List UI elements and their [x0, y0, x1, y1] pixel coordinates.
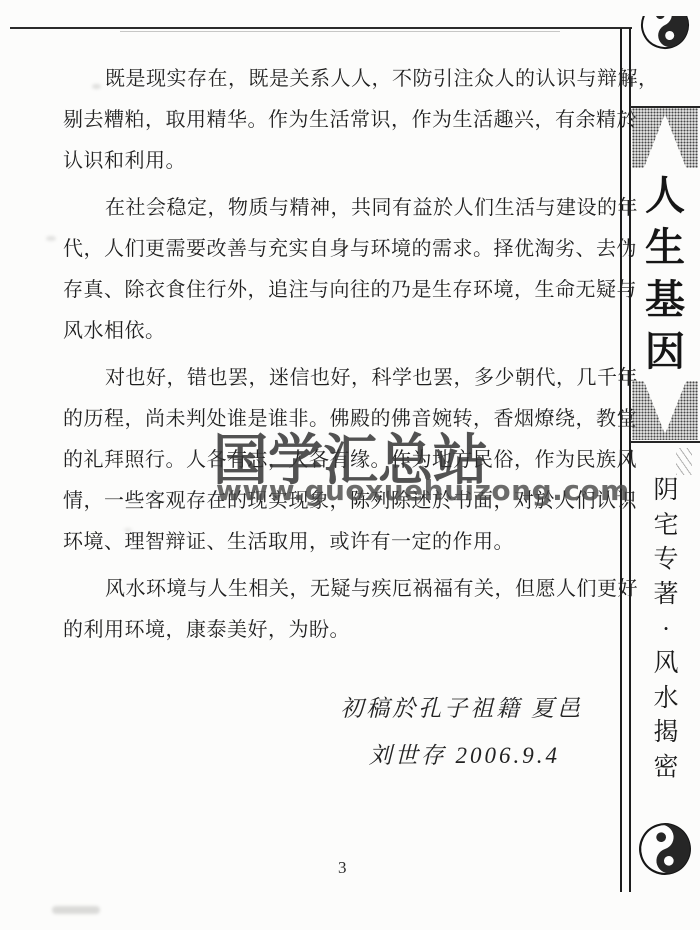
subtitle-char: 宅: [653, 513, 678, 538]
top-border-line-shadow: [120, 31, 560, 32]
sidebar-title-box-bottom-line: [630, 441, 700, 443]
page-number: 3: [338, 858, 347, 878]
text-line: 剔去糟粕，取用精华。作为生活常识，作为生活趣兴，有余精於: [63, 100, 623, 141]
sidebar-subtitle: 阴 宅 专 著 · 风 水 揭 密: [636, 478, 696, 780]
paragraph: 在社会稳定，物质与精神，共同有益於人们生活与建设的年 代，人们更需要改善与充实自…: [63, 188, 623, 352]
series-title-char: 因: [645, 332, 685, 372]
handwritten-mark: [676, 448, 692, 475]
mountain-ornament-bottom: [632, 381, 698, 440]
sidebar-series-title: 人 生 基 因: [634, 170, 696, 378]
text-line: 在社会稳定，物质与精神，共同有益於人们生活与建设的年: [63, 188, 623, 229]
scan-smudge: [52, 906, 100, 914]
text-line: 认识和利用。: [63, 141, 623, 182]
signature-place-line: 初稿於孔子祖籍 夏邑: [0, 690, 583, 723]
subtitle-char: 密: [653, 755, 678, 780]
watermark-site-url: www.guoxuehuizong.com: [216, 474, 630, 507]
paragraph: 风水环境与人生相关，无疑与疾厄祸福有关，但愿人们更好 的利用环境，康泰美好，为盼…: [63, 569, 623, 651]
taiji-icon-partial: [640, 16, 690, 52]
body-text: 既是现实存在，既是关系人人，不防引注众人的认识与辩解， 剔去糟粕，取用精华。作为…: [63, 59, 623, 657]
scan-smudge: [92, 84, 101, 89]
text-line: 存真、除衣食住行外，追注与向往的乃是生存环境，生命无疑与: [63, 270, 623, 311]
series-title-char: 人: [645, 176, 685, 216]
subtitle-char: 专: [653, 547, 678, 572]
series-title-char: 生: [645, 228, 685, 268]
text-line: 既是现实存在，既是关系人人，不防引注众人的认识与辩解，: [63, 59, 623, 100]
subtitle-char: 水: [653, 686, 678, 711]
subtitle-char: 阴: [653, 478, 678, 503]
text-line: 风水环境与人生相关，无疑与疾厄祸福有关，但愿人们更好: [63, 569, 623, 610]
subtitle-separator-dot: ·: [662, 617, 670, 642]
text-line: 风水相依。: [63, 311, 623, 352]
paragraph: 既是现实存在，既是关系人人，不防引注众人的认识与辩解， 剔去糟粕，取用精华。作为…: [63, 59, 623, 182]
top-border-line: [10, 27, 632, 29]
scan-smudge: [46, 236, 56, 241]
text-line: 对也好，错也罢，迷信也好，科学也罢，多少朝代，几千年: [63, 358, 623, 399]
taiji-icon: [638, 822, 692, 876]
subtitle-char: 揭: [653, 720, 678, 745]
scan-smudge: [124, 528, 132, 532]
text-line: 环境、理智辩证、生活取用，或许有一定的作用。: [63, 522, 623, 563]
subtitle-char: 著: [653, 582, 678, 607]
mountain-ornament-top: [632, 108, 698, 168]
series-title-char: 基: [645, 280, 685, 320]
scanned-book-page: 既是现实存在，既是关系人人，不防引注众人的认识与辩解， 剔去糟粕，取用精华。作为…: [0, 0, 700, 930]
signature-author-line: 刘世存 2006.9.4: [0, 737, 560, 770]
text-line: 代，人们更需要改善与充实自身与环境的需求。择优淘劣、去伪: [63, 229, 623, 270]
sidebar-title-box-top-line: [630, 106, 700, 108]
text-line: 的利用环境，康泰美好，为盼。: [63, 610, 623, 651]
subtitle-char: 风: [653, 651, 678, 676]
